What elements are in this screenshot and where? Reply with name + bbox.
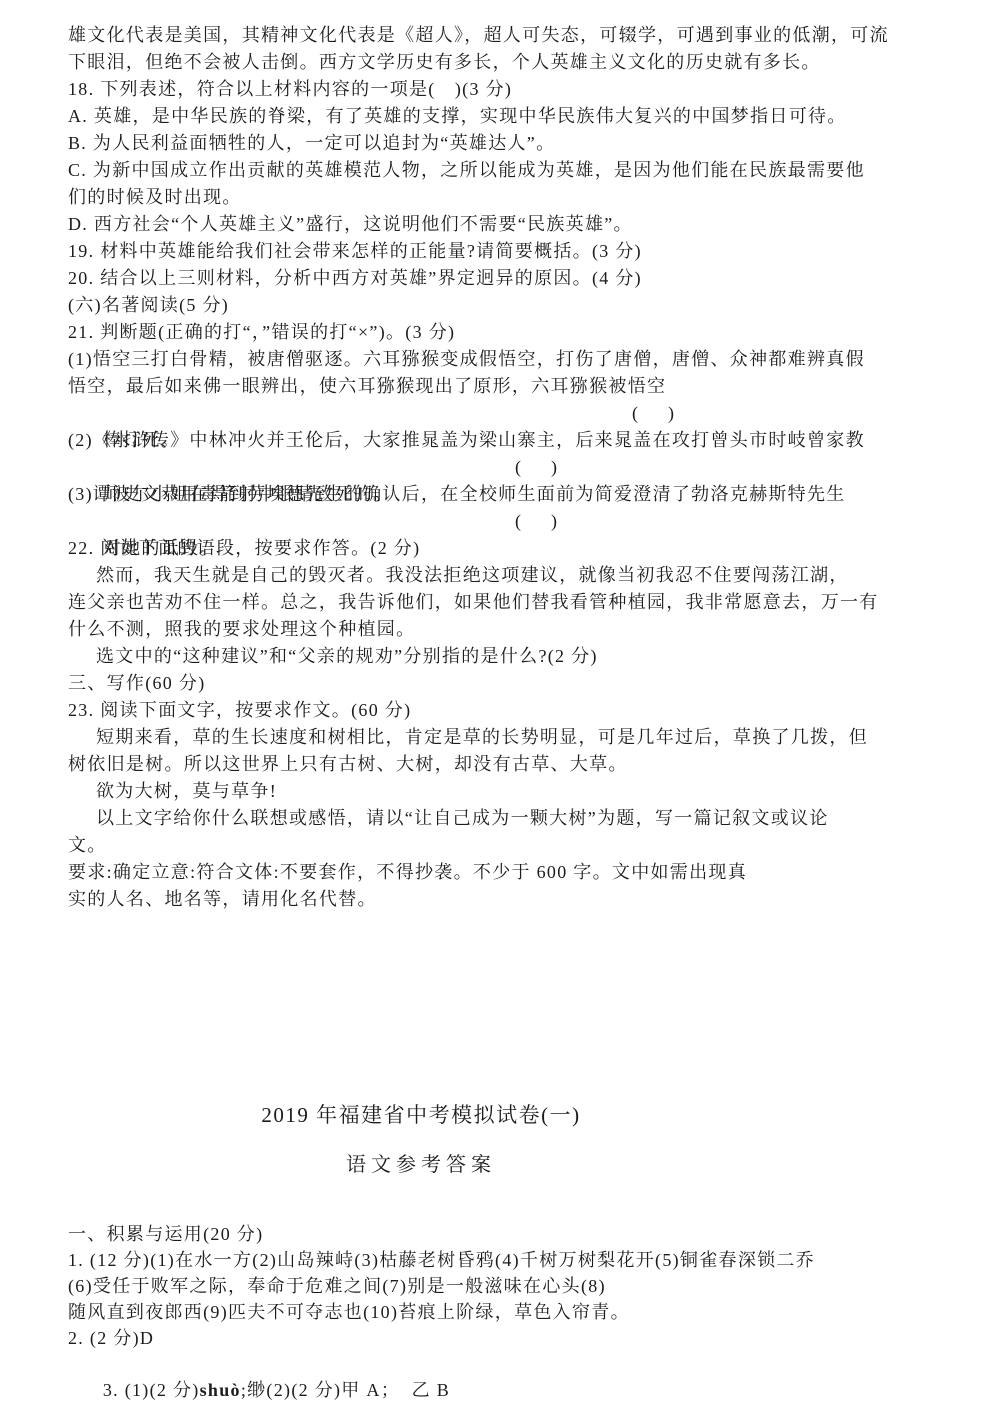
q18-option-c: C. 为新中国成立作出贡献的英雄模范人物，之所以能成为英雄，是因为他们能在民族最… (68, 157, 930, 184)
q18-option-d: D. 西方社会“个人英雄主义”盛行，这说明他们不需要“民族英雄”。 (68, 211, 930, 238)
q23-requirements-1: 要求:确定立意:符合文体:不要套作，不得抄袭。不少于 600 字。文中如需出现真 (68, 859, 930, 886)
q22-passage-1: 然而，我天生就是自己的毁灭者。我没法拒绝这项建议，就像当初我忍不住要闯荡江湖， (68, 562, 930, 589)
q19-stem: 19. 材料中英雄能给我们社会带来怎样的正能量?请简要概括。(3 分) (68, 238, 930, 265)
answer-1-line-1: 1. (12 分)(1)在水一方(2)山岛辣峙(3)枯藤老树昏鸦(4)千树万树梨… (68, 1247, 948, 1273)
q21-item-3-end: 对她的诋毁。 ( ) (68, 508, 930, 535)
q23-requirements-2: 实的人名、地名等，请用化名代替。 (68, 886, 930, 913)
q18-option-b: B. 为人民利益面牺牲的人，一定可以追封为“英雄达人”。 (68, 130, 930, 157)
q21-item-1-end: 棒打死。 ( ) (68, 400, 930, 427)
q22-question: 选文中的“这种建议”和“父亲的规劝”分别指的是什么?(2 分) (68, 643, 930, 670)
q21-item-2-end: 师史文恭用毒箭射中眼睛致死的。 ( ) (68, 454, 930, 481)
section-writing-heading: 三、写作(60 分) (68, 670, 930, 697)
answers-section-1-heading: 一、积累与运用(20 分) (68, 1221, 948, 1247)
q18-stem: 18. 下列表述，符合以上材料内容的一项是( )(3 分) (68, 76, 930, 103)
q21-item-3: (3)谭波尔小姐在得到劳埃德先生的确认后，在全校师生面前为简爱澄清了勃洛克赫斯特… (68, 481, 930, 508)
answer-key-headings: 2019 年福建省中考模拟试卷(一) 语文参考答案 (0, 1100, 842, 1180)
q23-prompt-2: 树依旧是树。所以这世界上只有古树、大树，却没有古草、大草。 (68, 751, 930, 778)
q23-prompt-3: 欲为大树，莫与草争! (68, 778, 930, 805)
answer-3-prefix: 3. (1)(2 分) (103, 1380, 200, 1400)
q21-item-2: (2)《水浒传》中林冲火并王伦后，大家推晁盖为梁山寨主，后来晁盖在攻打曾头市时岐… (68, 427, 930, 454)
answer-3-suffix: ;缈(2)(2 分)甲 A； 乙 B (241, 1380, 450, 1400)
q21-stem: 21. 判断题(正确的打“，”错误的打“×”)。(3 分) (68, 319, 930, 346)
q22-passage-3: 什么不测，照我的要求处理这个种植园。 (68, 616, 930, 643)
answer-3: 3. (1)(2 分)shuò;缈(2)(2 分)甲 A； 乙 B (68, 1351, 948, 1377)
exam-document-page: 雄文化代表是美国，其精神文化代表是《超人》，超人可失态，可辍学，可遇到事业的低潮… (0, 0, 992, 1403)
q22-passage-2: 连父亲也苦劝不住一样。总之，我告诉他们，如果他们替我看管种植园，我非常愿意去，万… (68, 589, 930, 616)
q21-item-1: (1)悟空三打白骨精，被唐僧驱逐。六耳猕猴变成假悟空，打伤了唐僧，唐僧、众神都难… (68, 346, 930, 373)
page-title: 2019 年福建省中考模拟试卷(一) (0, 1100, 842, 1130)
q21-item-1-cont: 悟空，最后如来佛一眼辨出，使六耳猕猴现出了原形，六耳猕猴被悟空 (68, 373, 930, 400)
q22-stem: 22. 阅读下面的语段，按要求作答。(2 分) (68, 535, 930, 562)
answer-bracket: ( ) (515, 454, 563, 481)
q23-prompt-4: 以上文字给你什么联想或感悟，请以“让自己成为一颗大树”为题，写一篇记叙文或议论 (68, 805, 930, 832)
answer-bracket: ( ) (632, 400, 680, 427)
q23-prompt-1: 短期来看，草的生长速度和树相比，肯定是草的长势明显，可是几年过后，草换了几拨，但 (68, 724, 930, 751)
q20-stem: 20. 结合以上三则材料，分析中西方对英雄”界定迥异的原因。(4 分) (68, 265, 930, 292)
q18-option-c-cont: 们的时候及时出现。 (68, 184, 930, 211)
q23-prompt-5: 文。 (68, 832, 930, 859)
answer-1-line-3: 随风直到夜郎西(9)匹夫不可夺志也(10)苔痕上阶绿，草色入帘青。 (68, 1299, 948, 1325)
material-line-1: 雄文化代表是美国，其精神文化代表是《超人》，超人可失态，可辍学，可遇到事业的低潮… (68, 22, 930, 49)
answers-heading: 语文参考答案 (0, 1150, 842, 1180)
q18-option-a: A. 英雄，是中华民族的脊梁，有了英雄的支撑，实现中华民族伟大复兴的中国梦指日可… (68, 103, 930, 130)
answer-2: 2. (2 分)D (68, 1325, 948, 1351)
material-line-2: 下眼泪，但绝不会被人击倒。西方文学历史有多长，个人英雄主义文化的历史就有多长。 (68, 49, 930, 76)
answer-key-body: 一、积累与运用(20 分) 1. (12 分)(1)在水一方(2)山岛辣峙(3)… (68, 1221, 948, 1377)
answer-3-pinyin: shuò (200, 1380, 241, 1400)
exam-body-text: 雄文化代表是美国，其精神文化代表是《超人》，超人可失态，可辍学，可遇到事业的低潮… (68, 22, 930, 913)
answer-1-line-2: (6)受任于败军之际，奉命于危难之间(7)别是一般滋味在心头(8) (68, 1273, 948, 1299)
answer-bracket: ( ) (515, 508, 563, 535)
section-6-heading: (六)名著阅读(5 分) (68, 292, 930, 319)
q23-stem: 23. 阅读下面文字，按要求作文。(60 分) (68, 697, 930, 724)
